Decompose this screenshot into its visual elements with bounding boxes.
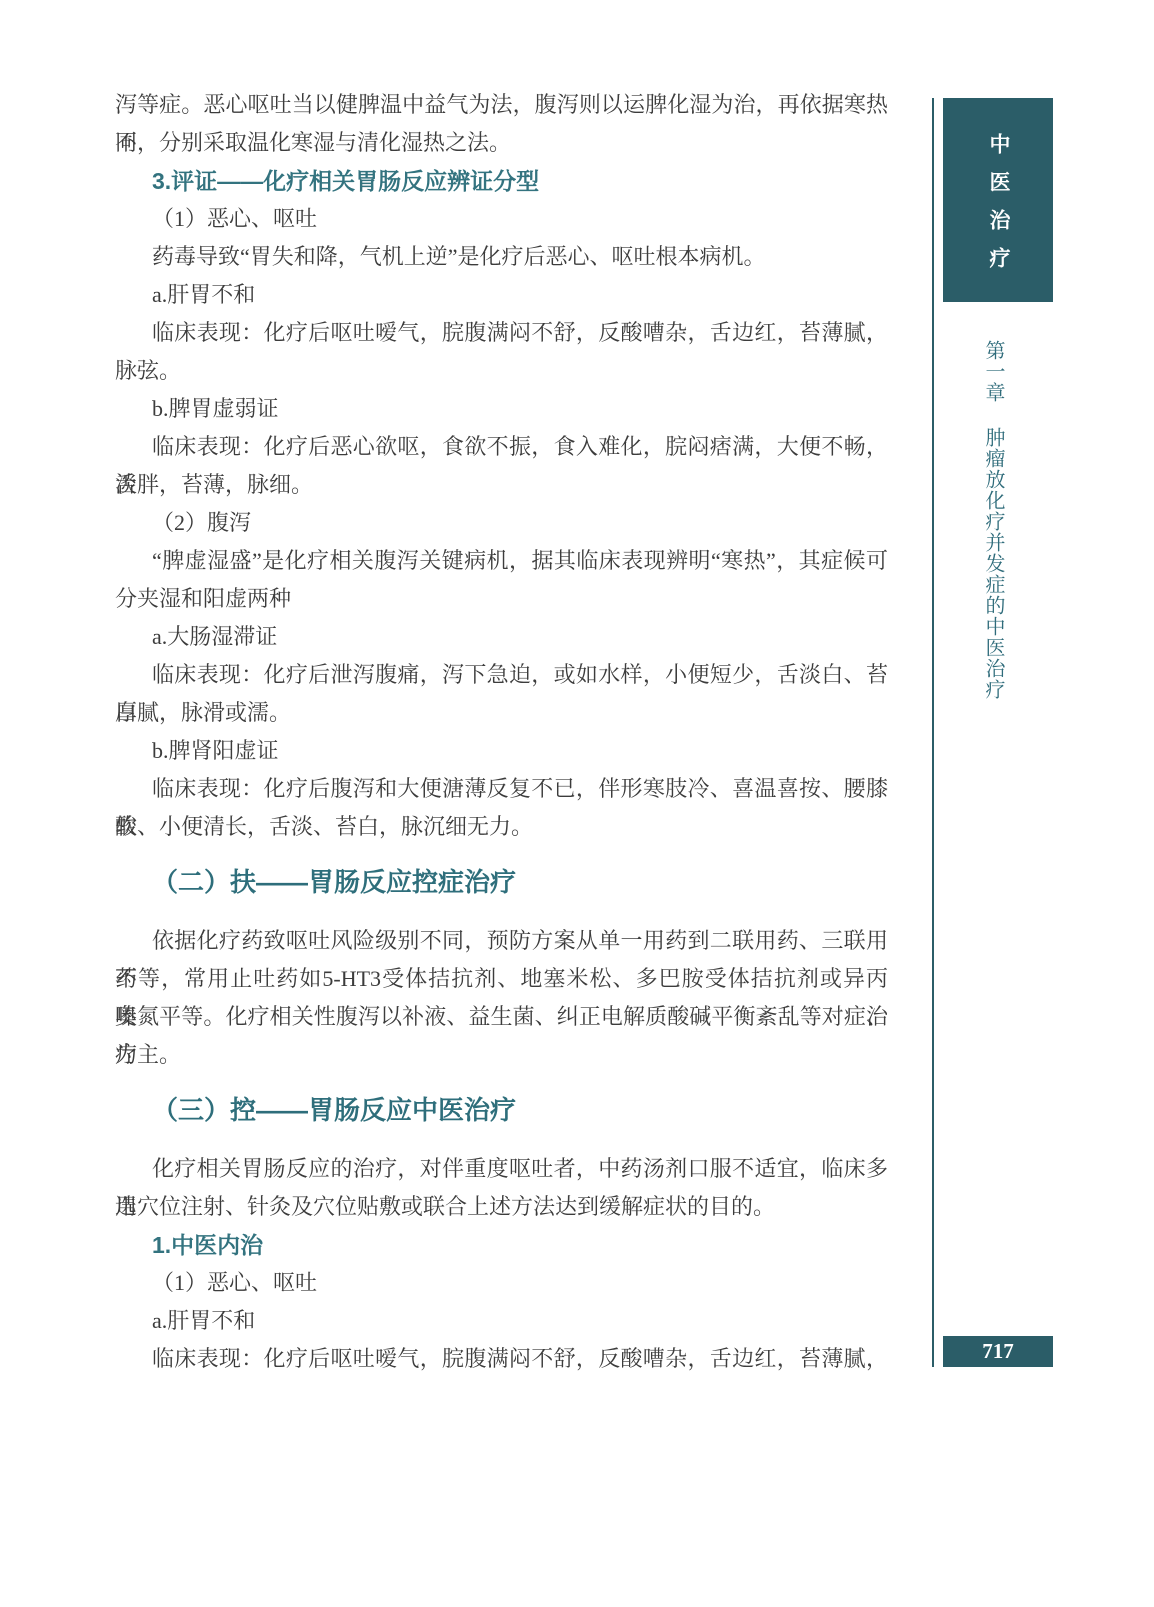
section-tab: 中医治疗: [943, 98, 1053, 302]
text-line: 淡胖，苔薄，脉细。: [115, 466, 888, 504]
text-line: 泻等症。恶心呕吐当以健脾温中益气为法，腹泻则以运脾化湿为治，再依据寒热不: [115, 86, 888, 124]
text-line: （1）恶心、呕吐: [115, 1264, 888, 1302]
text-column: 泻等症。恶心呕吐当以健脾温中益气为法，腹泻则以运脾化湿为治，再依据寒热不同，分别…: [115, 86, 888, 1378]
sidebar-rule: [932, 98, 934, 1367]
chapter-label: 第一章: [982, 340, 1004, 403]
text-line: 用穴位注射、针灸及穴位贴敷或联合上述方法达到缓解症状的目的。: [115, 1188, 888, 1226]
text-line: （1）恶心、呕吐: [115, 200, 888, 238]
text-line: a.肝胃不和: [115, 1302, 888, 1340]
text-line: 化疗相关胃肠反应的治疗，对伴重度呕吐者，中药汤剂口服不适宜，临床多选: [115, 1150, 888, 1188]
text-line: 临床表现：化疗后恶心欲呕，食欲不振，食入难化，脘闷痞满，大便不畅，舌: [115, 428, 888, 466]
text-line: 软、小便清长，舌淡、苔白，脉沉细无力。: [115, 808, 888, 846]
text-line: 厚腻，脉滑或濡。: [115, 694, 888, 732]
text-line: 不等，常用止吐药如5-HT3受体拮抗剂、地塞米松、多巴胺受体拮抗剂或异丙嗪、: [115, 960, 888, 998]
text-line: 临床表现：化疗后腹泻和大便溏薄反复不已，伴形寒肢冷、喜温喜按、腰膝酸: [115, 770, 888, 808]
section-heading: （三）控——胃肠反应中医治疗: [115, 1088, 888, 1132]
text-line: a.肝胃不和: [115, 276, 888, 314]
page-number-badge: 717: [943, 1336, 1053, 1367]
text-line: 为主。: [115, 1036, 888, 1074]
text-line: “脾虚湿盛”是化疗相关腹泻关键病机，据其临床表现辨明“寒热”，其症候可: [115, 542, 888, 580]
text-line: 依据化疗药致呕吐风险级别不同，预防方案从单一用药到二联用药、三联用药: [115, 922, 888, 960]
text-line: 脉弦。: [115, 352, 888, 390]
text-line: 分夹湿和阳虚两种: [115, 580, 888, 618]
text-line: a.大肠湿滞证: [115, 618, 888, 656]
subsection-heading: 1.中医内治: [115, 1226, 888, 1264]
text-line: 同，分别采取温化寒湿与清化湿热之法。: [115, 124, 888, 162]
chapter-title: 肿瘤放化疗并发症的中医治疗: [982, 427, 1004, 700]
section-heading: （二）扶——胃肠反应控症治疗: [115, 860, 888, 904]
text-line: b.脾胃虚弱证: [115, 390, 888, 428]
section-tab-label: 中医治疗: [983, 116, 1013, 285]
text-line: （2）腹泻: [115, 504, 888, 542]
text-line: 药毒导致“胃失和降，气机上逆”是化疗后恶心、呕吐根本病机。: [115, 238, 888, 276]
subsection-heading: 3.评证——化疗相关胃肠反应辨证分型: [115, 162, 888, 200]
chapter-strip: 第一章肿瘤放化疗并发症的中医治疗: [966, 340, 1008, 700]
text-line: 奥氮平等。化疗相关性腹泻以补液、益生菌、纠正电解质酸碱平衡紊乱等对症治疗: [115, 998, 888, 1036]
text-line: 临床表现：化疗后呕吐嗳气，脘腹满闷不舒，反酸嘈杂，舌边红，苔薄腻，: [115, 1340, 888, 1378]
book-page: { "page": { "number": "717", "background…: [0, 0, 1154, 1607]
page-number: 717: [982, 1339, 1014, 1363]
text-line: 临床表现：化疗后泄泻腹痛，泻下急迫，或如水样，小便短少，舌淡白、苔白: [115, 656, 888, 694]
text-line: 临床表现：化疗后呕吐嗳气，脘腹满闷不舒，反酸嘈杂，舌边红，苔薄腻，: [115, 314, 888, 352]
text-line: b.脾肾阳虚证: [115, 732, 888, 770]
